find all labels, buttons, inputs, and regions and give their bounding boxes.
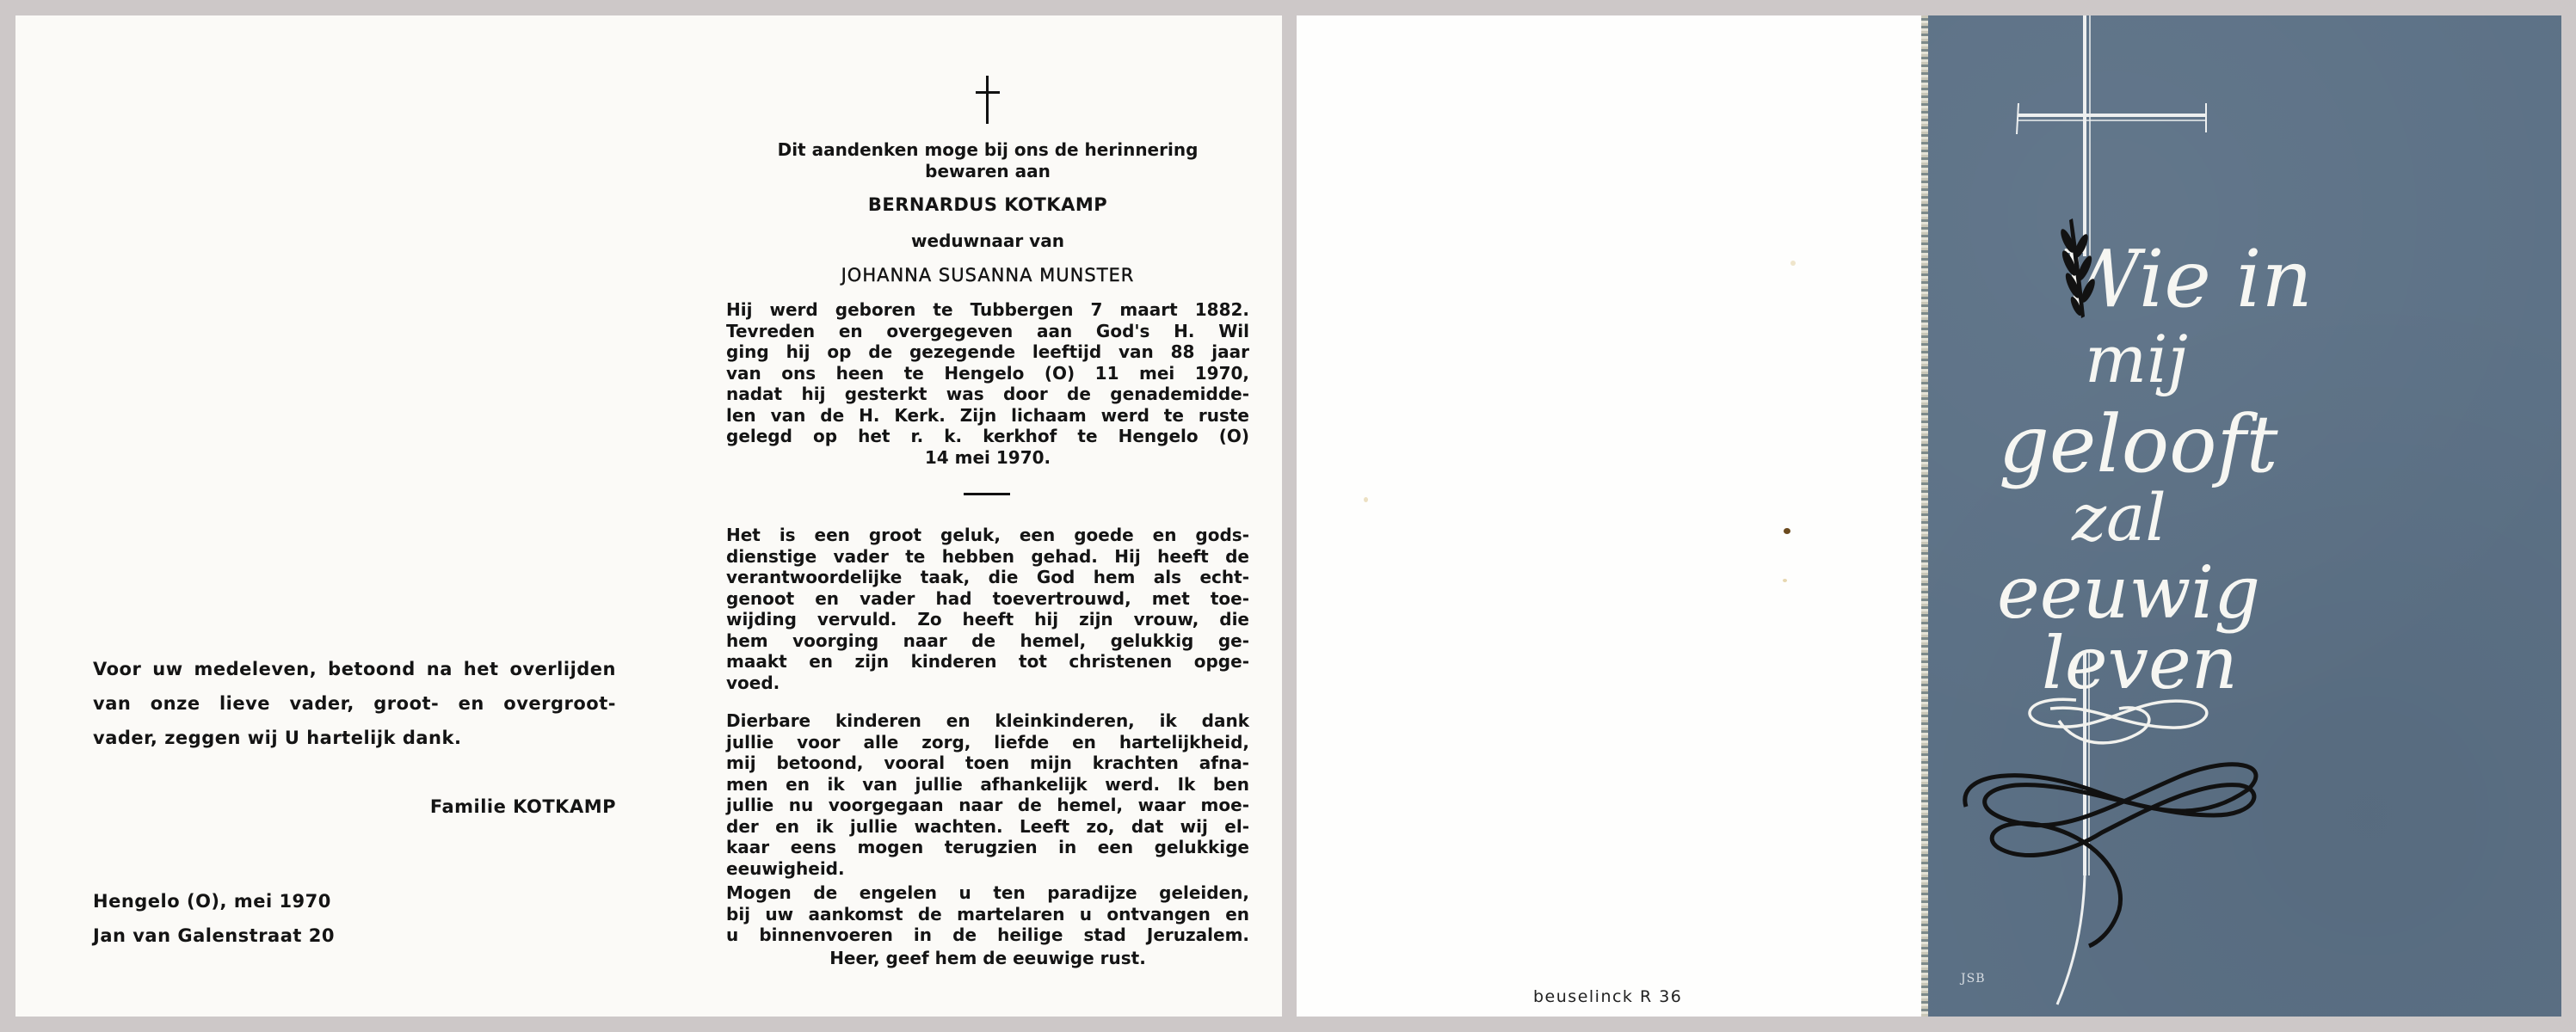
- card-fold-edge: [1921, 15, 1928, 1017]
- flourish-icon: [2030, 699, 2207, 743]
- closing-prayer: Heer, geef hem de eeuwige rust.: [726, 948, 1249, 969]
- bio-line: van ons heen te Hengelo (O) 11 mei 1970,: [726, 363, 1249, 384]
- bio-line: gelegd op het r. k. kerkhof te Hengelo (…: [726, 426, 1249, 447]
- bio-line: len van de H. Kerk. Zijn lichaam werd te…: [726, 405, 1249, 427]
- text-line: kaar eens mogen terugzien in een gelukki…: [726, 837, 1249, 858]
- bio-line: ging hij op de gezegende leeftijd van 88…: [726, 341, 1249, 363]
- svg-text:leven: leven: [2042, 621, 2238, 705]
- place-date: Hengelo (O), mei 1970: [93, 884, 335, 918]
- thanks-line: Voor uw medeleven, betoond na het overli…: [93, 652, 616, 686]
- svg-text:zal: zal: [2071, 479, 2166, 556]
- text-line: hem voorging naar de hemel, gelukkig ge-: [726, 630, 1249, 652]
- text-line: genoot en vader had toevertrouwd, met to…: [726, 588, 1249, 610]
- biography: Hij werd geboren te Tubbergen 7 maart 18…: [726, 299, 1249, 468]
- intro-line: Dit aandenken moge bij ons de herinnerin…: [726, 139, 1249, 161]
- section-divider: [964, 493, 1010, 495]
- cover-artwork: Wie in mij gelooft zal eeuwig leven: [1921, 15, 2561, 1017]
- text-line: men en ik van jullie afhankelijk werd. I…: [726, 774, 1249, 795]
- text-line: bij uw aankomst de martelaren u ontvange…: [726, 904, 1249, 925]
- intro-text: Dit aandenken moge bij ons de herinnerin…: [726, 139, 1249, 181]
- memorial-card-outside: beuselinck R 36 Wie in mij gelooft zal: [1297, 15, 2561, 1017]
- text-line: verantwoordelijke taak, die God hem als …: [726, 567, 1249, 588]
- street-address: Jan van Galenstraat 20: [93, 918, 335, 953]
- paragraph-children: Dierbare kinderen en kleinkinderen, ik d…: [726, 710, 1249, 879]
- spouse-name: JOHANNA SUSANNA MUNSTER: [726, 265, 1249, 286]
- text-line: Mogen de engelen u ten paradijze geleide…: [726, 882, 1249, 904]
- paragraph-father: Het is een groot geluk, een goede en god…: [726, 525, 1249, 693]
- cross-icon: [976, 76, 1000, 124]
- svg-text:gelooft: gelooft: [1999, 398, 2279, 490]
- paper-stain: [1783, 579, 1787, 582]
- text-line: Het is een groot geluk, een goede en god…: [726, 525, 1249, 546]
- thanks-line: vader, zeggen wij U hartelijk dank.: [93, 721, 616, 755]
- svg-text:Wie in: Wie in: [2059, 233, 2313, 325]
- bio-line: nadat hij gesterkt was door de genademid…: [726, 384, 1249, 405]
- bio-line: 14 mei 1970.: [726, 447, 1249, 469]
- text-line: voed.: [726, 673, 1249, 694]
- artist-monogram: JSB: [1961, 972, 1986, 986]
- thanks-line: van onze lieve vader, groot- en overgroo…: [93, 686, 616, 721]
- paper-stain: [1790, 261, 1796, 266]
- text-line: u binnenvoeren in de heilige stad Jeruza…: [726, 924, 1249, 946]
- text-line: eeuwigheid.: [726, 858, 1249, 880]
- deceased-name: BERNARDUS KOTKAMP: [726, 194, 1249, 216]
- paper-stain: [1784, 528, 1790, 534]
- place-and-address: Hengelo (O), mei 1970 Jan van Galenstraa…: [93, 884, 335, 953]
- text-line: maakt en zijn kinderen tot christenen op…: [726, 651, 1249, 673]
- family-signature: Familie KOTKAMP: [93, 796, 616, 817]
- relation-label: weduwnaar van: [726, 230, 1249, 252]
- printer-mark: beuselinck R 36: [1533, 987, 1682, 1006]
- cover-title: Wie in mij gelooft zal eeuwig leven: [1997, 233, 2313, 705]
- text-line: mij betoond, vooral toen mijn krachten a…: [726, 752, 1249, 774]
- text-line: jullie nu voorgegaan naar de hemel, waar…: [726, 795, 1249, 816]
- memorial-card-inside: Voor uw medeleven, betoond na het overli…: [15, 15, 1282, 1017]
- text-line: der en ik jullie wachten. Leeft zo, dat …: [726, 816, 1249, 838]
- text-line: jullie voor alle zorg, liefde en harteli…: [726, 732, 1249, 753]
- flourish-icon: [1965, 765, 2256, 946]
- text-line: wijding vervuld. Zo heeft hij zijn vrouw…: [726, 609, 1249, 630]
- bio-line: Tevreden en overgegeven aan God's H. Wil: [726, 321, 1249, 342]
- thank-you-message: Voor uw medeleven, betoond na het overli…: [93, 652, 616, 755]
- cover-illustration: Wie in mij gelooft zal eeuwig leven: [1921, 15, 2561, 1017]
- paper-stain: [1364, 497, 1368, 502]
- svg-text:mij: mij: [2085, 321, 2188, 397]
- text-line: dienstige vader te hebben gehad. Hij hee…: [726, 546, 1249, 568]
- text-line: Dierbare kinderen en kleinkinderen, ik d…: [726, 710, 1249, 732]
- bio-line: Hij werd geboren te Tubbergen 7 maart 18…: [726, 299, 1249, 321]
- paragraph-prayer: Mogen de engelen u ten paradijze geleide…: [726, 882, 1249, 946]
- intro-line: bewaren aan: [726, 161, 1249, 182]
